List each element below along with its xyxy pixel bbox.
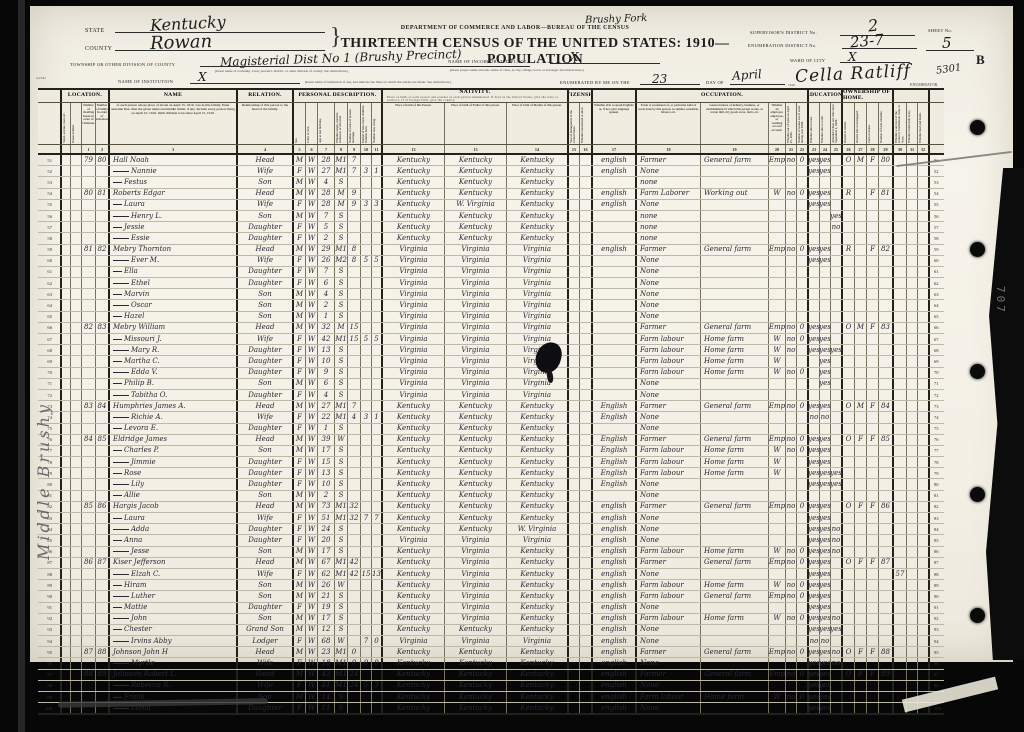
column-header-school: Attended school any time since September…: [831, 103, 843, 144]
line-number: 61: [930, 267, 944, 277]
cell-farm-schedule: [879, 625, 894, 635]
cell-birthplace: Kentucky: [383, 524, 445, 534]
cell-children-living: 1: [372, 166, 383, 176]
column-number: 2: [96, 145, 110, 153]
column-number: 21: [786, 145, 797, 153]
cell-dwelling-number: [82, 300, 96, 310]
continuation-dash: [113, 238, 129, 239]
cell-street: [60, 155, 71, 165]
cell-house-number: [71, 614, 82, 624]
cell-out-of-work: no: [786, 670, 797, 680]
cell-children-born: [361, 491, 372, 501]
column-number: 18: [637, 145, 701, 153]
cell-industry: General farm: [701, 245, 769, 255]
cell-age: 12: [318, 625, 335, 635]
cell-school: [831, 390, 843, 400]
cell-farm-or-house: F: [867, 401, 879, 411]
cell-occupation: none: [637, 222, 701, 232]
cell-occupation: Farmer: [637, 670, 701, 680]
cell-children-born: [361, 368, 372, 378]
line-number: 63: [930, 289, 944, 299]
cell-birthplace: Kentucky: [383, 681, 445, 691]
continuation-dash: [113, 417, 129, 418]
cell-farm-or-house: F: [867, 558, 879, 568]
cell-dwelling-number: [82, 312, 96, 322]
cell-birthplace: Kentucky: [383, 479, 445, 489]
cell-age: 13: [318, 345, 335, 355]
cell-sex: F: [294, 569, 306, 579]
continuation-dash: [113, 540, 122, 541]
cell-sex: M: [294, 189, 306, 199]
cell-employer-class: W: [769, 614, 786, 624]
cell-birthplace: Kentucky: [383, 233, 445, 243]
cell-farm-schedule: 86: [879, 502, 894, 512]
cell-out-of-work: [786, 636, 797, 646]
cell-deaf: [918, 670, 930, 680]
cell-weeks-out: [797, 289, 809, 299]
cell-dwelling-number: [82, 211, 96, 221]
cell-birthplace: Kentucky: [383, 580, 445, 590]
cell-years-married: [348, 636, 361, 646]
cell-sex: F: [294, 479, 306, 489]
continuation-dash: [113, 574, 129, 575]
cell-years-married: [348, 524, 361, 534]
cell-veteran: [894, 658, 907, 668]
cell-home-mortgage: [855, 278, 867, 288]
cell-occupation: None: [637, 524, 701, 534]
line-number: 91: [38, 603, 60, 613]
cell-house-number: [71, 435, 82, 445]
table-row: 958788Johnson John HHeadMW23M10KentuckyK…: [38, 647, 944, 658]
cell-speaks-english: English: [593, 479, 637, 489]
cell-out-of-work: [786, 211, 797, 221]
cell-marital-status: S: [335, 603, 348, 613]
cell-speaks-english: [593, 267, 637, 277]
enumerated-day: 23: [652, 72, 667, 86]
cell-home-mortgage: F: [855, 670, 867, 680]
line-number: 53: [930, 177, 944, 187]
cell-farm-schedule: [879, 200, 894, 210]
cell-deaf: [918, 211, 930, 221]
table-row: 768485Eldridge JamesHeadMW39WKentuckyKen…: [38, 435, 944, 446]
cell-family-number: [96, 614, 110, 624]
cell-birthplace: Virginia: [383, 390, 445, 400]
cell-mother-birthplace: Kentucky: [507, 670, 569, 680]
cell-veteran: [894, 636, 907, 646]
cell-out-of-work: no: [786, 189, 797, 199]
cell-family-number: 80: [96, 155, 110, 165]
brace-mark: }: [330, 24, 342, 51]
cell-street: [60, 524, 71, 534]
cell-sex: F: [294, 278, 306, 288]
cell-father-birthplace: Virginia: [445, 379, 507, 389]
cell-home-mortgage: [855, 166, 867, 176]
column-header-occupation: Trade or profession of, or particular ki…: [637, 103, 701, 144]
cell-children-born: [361, 189, 372, 199]
cell-employer-class: [769, 603, 786, 613]
column-number: 23: [809, 145, 820, 153]
cell-home-owned: [843, 603, 855, 613]
cell-deaf: [918, 636, 930, 646]
cell-children-living: 0: [372, 658, 383, 668]
cell-birthplace: Virginia: [383, 245, 445, 255]
cell-employer-class: [769, 177, 786, 187]
cell-writes: yes: [820, 189, 831, 199]
continuation-dash: [113, 305, 129, 306]
cell-color: W: [306, 681, 318, 691]
cell-name: Ella: [110, 267, 238, 277]
cell-speaks-english: [593, 390, 637, 400]
column-header-deaf: Whether deaf and dumb.: [918, 103, 930, 144]
cell-years-married: [348, 177, 361, 187]
cell-blind: [907, 256, 918, 266]
cell-children-living: [372, 177, 383, 187]
cell-occupation: Farm Laborer: [637, 189, 701, 199]
cell-birthplace: Virginia: [383, 345, 445, 355]
cell-blind: [907, 614, 918, 624]
cell-writes: yes: [820, 155, 831, 165]
cell-reads: [809, 278, 820, 288]
cell-school: [831, 256, 843, 266]
cell-out-of-work: no: [786, 647, 797, 657]
cell-sex: F: [294, 703, 306, 713]
cell-employer-class: [769, 412, 786, 422]
line-number: 81: [930, 491, 944, 501]
column-header-father-birthplace: Place of birth of Father of this person.: [445, 103, 507, 144]
cell-immigration-year: [569, 189, 580, 199]
cell-veteran: [894, 625, 907, 635]
cell-veteran: [894, 446, 907, 456]
cell-farm-or-house: [867, 177, 879, 187]
cell-street: [60, 491, 71, 501]
line-number: 90: [930, 591, 944, 601]
cell-street: [60, 267, 71, 277]
cell-out-of-work: no: [786, 547, 797, 557]
cell-marital-status: S: [335, 547, 348, 557]
line-number: 86: [930, 547, 944, 557]
cell-out-of-work: [786, 412, 797, 422]
cell-children-living: [372, 670, 383, 680]
cell-school: [831, 155, 843, 165]
line-number: 85: [930, 535, 944, 545]
cell-relation: Son: [238, 446, 294, 456]
cell-employer-class: [769, 681, 786, 691]
column-number: 13: [445, 145, 507, 153]
cell-veteran: [894, 334, 907, 344]
cell-color: W: [306, 368, 318, 378]
cell-school: no: [831, 535, 843, 545]
cell-children-living: [372, 580, 383, 590]
cell-farm-or-house: [867, 312, 879, 322]
cell-writes: [820, 289, 831, 299]
cell-father-birthplace: W. Virginia: [445, 200, 507, 210]
cell-farm-or-house: [867, 289, 879, 299]
cell-writes: yes: [820, 245, 831, 255]
cell-house-number: [71, 502, 82, 512]
cell-children-living: [372, 300, 383, 310]
cell-family-number: 89: [96, 670, 110, 680]
cell-naturalized: [580, 323, 593, 333]
column-header-veteran: Whether a survivor of the Union or Confe…: [894, 103, 907, 144]
cell-speaks-english: [593, 278, 637, 288]
cell-color: W: [306, 692, 318, 702]
cell-mother-birthplace: Kentucky: [507, 189, 569, 199]
line-number: 94: [930, 636, 944, 646]
cell-farm-or-house: [867, 468, 879, 478]
cell-deaf: [918, 524, 930, 534]
cell-relation: Head: [238, 323, 294, 333]
cell-marital-status: S: [335, 368, 348, 378]
cell-birthplace: Kentucky: [383, 446, 445, 456]
enumerated-day-line: [640, 84, 700, 85]
cell-marital-status: M1: [335, 155, 348, 165]
cell-father-birthplace: Kentucky: [445, 502, 507, 512]
cell-family-number: [96, 166, 110, 176]
cell-house-number: [71, 155, 82, 165]
cell-veteran: [894, 289, 907, 299]
cell-color: W: [306, 222, 318, 232]
cell-speaks-english: english: [593, 603, 637, 613]
cell-marital-status: S: [335, 390, 348, 400]
cell-color: W: [306, 670, 318, 680]
cell-name: Missouri J.: [110, 334, 238, 344]
cell-occupation: none: [637, 233, 701, 243]
cell-age: 7: [318, 211, 335, 221]
cell-occupation: Farmer: [637, 155, 701, 165]
cell-employer-class: [769, 233, 786, 243]
cell-father-birthplace: Kentucky: [445, 412, 507, 422]
cell-naturalized: [580, 614, 593, 624]
cell-sex: F: [294, 368, 306, 378]
cell-family-number: [96, 424, 110, 434]
cell-blind: [907, 211, 918, 221]
cell-industry: Home farm: [701, 547, 769, 557]
cell-home-mortgage: [855, 424, 867, 434]
cell-sex: M: [294, 155, 306, 165]
cell-color: W: [306, 189, 318, 199]
cell-reads: [809, 491, 820, 501]
cell-children-born: [361, 603, 372, 613]
cell-immigration-year: [569, 457, 580, 467]
cell-weeks-out: [797, 177, 809, 187]
sheet-value: 5: [942, 34, 952, 52]
cell-naturalized: [580, 424, 593, 434]
cell-school: [831, 502, 843, 512]
cell-years-married: [348, 390, 361, 400]
cell-out-of-work: [786, 379, 797, 389]
cell-dwelling-number: [82, 457, 96, 467]
cell-home-mortgage: [855, 569, 867, 579]
cell-children-born: [361, 558, 372, 568]
cell-family-number: 85: [96, 435, 110, 445]
cell-children-living: [372, 278, 383, 288]
cell-school: [831, 692, 843, 702]
cell-house-number: [71, 547, 82, 557]
cell-home-mortgage: F: [855, 647, 867, 657]
cell-relation: Head: [238, 435, 294, 445]
cell-occupation: Farm labour: [637, 580, 701, 590]
cell-children-living: 0: [372, 636, 383, 646]
cell-reads: [809, 222, 820, 232]
cell-children-living: [372, 390, 383, 400]
cell-father-birthplace: Virginia: [445, 368, 507, 378]
cell-sex: M: [294, 211, 306, 221]
cell-out-of-work: [786, 491, 797, 501]
cell-writes: yes: [820, 513, 831, 523]
cell-out-of-work: [786, 267, 797, 277]
cell-years-married: [348, 547, 361, 557]
cell-dwelling-number: 84: [82, 435, 96, 445]
cell-children-living: [372, 435, 383, 445]
cell-school: [831, 446, 843, 456]
cell-occupation: None: [637, 390, 701, 400]
cell-street: [60, 312, 71, 322]
cell-name: Elzah C.: [110, 569, 238, 579]
cell-birthplace: Kentucky: [383, 647, 445, 657]
cell-veteran: [894, 558, 907, 568]
cell-deaf: [918, 535, 930, 545]
cell-home-owned: [843, 256, 855, 266]
cell-father-birthplace: Kentucky: [445, 446, 507, 456]
cell-street: [60, 457, 71, 467]
cell-dwelling-number: [82, 513, 96, 523]
year-label: 1910: [788, 83, 795, 87]
cell-mother-birthplace: Virginia: [507, 535, 569, 545]
cell-name: Hiram: [110, 580, 238, 590]
cell-home-owned: O: [843, 647, 855, 657]
cell-marital-status: S: [335, 379, 348, 389]
cell-immigration-year: [569, 222, 580, 232]
cell-birthplace: Virginia: [383, 278, 445, 288]
cell-family-number: [96, 625, 110, 635]
cell-farm-or-house: [867, 524, 879, 534]
cell-relation: Wife: [238, 569, 294, 579]
cell-deaf: [918, 446, 930, 456]
continuation-dash: [113, 607, 122, 608]
cell-home-mortgage: [855, 535, 867, 545]
cell-veteran: [894, 245, 907, 255]
cell-children-born: [361, 278, 372, 288]
cell-house-number: [71, 591, 82, 601]
cell-sex: F: [294, 166, 306, 176]
cell-farm-or-house: [867, 267, 879, 277]
cell-birthplace: Virginia: [383, 334, 445, 344]
cell-weeks-out: [797, 300, 809, 310]
cell-dwelling-number: [82, 569, 96, 579]
cell-color: W: [306, 625, 318, 635]
cell-relation: Daughter: [238, 524, 294, 534]
table-row: 668283Mebry WilliamHeadMW32M15VirginiaVi…: [38, 323, 944, 334]
cell-marital-status: M1: [335, 558, 348, 568]
cell-children-born: [361, 457, 372, 467]
cell-home-owned: [843, 300, 855, 310]
cell-dwelling-number: 86: [82, 558, 96, 568]
column-group-header: LOCATION.: [60, 90, 110, 102]
cell-children-living: [372, 222, 383, 232]
cell-years-married: 4: [348, 412, 361, 422]
table-row: 738384Humphries James A.HeadMW27M17Kentu…: [38, 401, 944, 412]
cell-color: W: [306, 479, 318, 489]
column-header-name: of each person whose place of abode on A…: [110, 103, 238, 144]
cell-farm-or-house: F: [867, 155, 879, 165]
cell-reads: [809, 390, 820, 400]
cell-speaks-english: english: [593, 658, 637, 668]
cell-out-of-work: no: [786, 368, 797, 378]
cell-name: Mary R.: [110, 345, 238, 355]
cell-industry: General farm: [701, 591, 769, 601]
cell-marital-status: M1: [335, 569, 348, 579]
cell-house-number: [71, 535, 82, 545]
cell-naturalized: [580, 256, 593, 266]
continuation-dash: [113, 450, 122, 451]
cell-farm-schedule: [879, 222, 894, 232]
cell-occupation: None: [637, 200, 701, 210]
table-row: 548081Roberts EdgarHeadMW28M9KentuckyKen…: [38, 189, 944, 200]
cell-employer-class: [769, 267, 786, 277]
cell-sex: M: [294, 558, 306, 568]
cell-father-birthplace: Kentucky: [445, 233, 507, 243]
cell-farm-schedule: [879, 703, 894, 713]
cell-children-living: [372, 424, 383, 434]
cell-industry: General farm: [701, 558, 769, 568]
cell-dwelling-number: 83: [82, 401, 96, 411]
cell-children-living: 7: [372, 513, 383, 523]
continuation-dash: [113, 204, 122, 205]
cell-age: 11: [318, 703, 335, 713]
cell-home-owned: [843, 535, 855, 545]
cell-mother-birthplace: Virginia: [507, 267, 569, 277]
cell-dwelling-number: [82, 479, 96, 489]
cell-industry: [701, 424, 769, 434]
cell-employer-class: [769, 200, 786, 210]
cell-writes: [820, 177, 831, 187]
cell-mother-birthplace: Kentucky: [507, 558, 569, 568]
cell-out-of-work: [786, 390, 797, 400]
cell-weeks-out: 0: [797, 368, 809, 378]
table-row: 91MattieDaughterFW19SKentuckyVirginiaKen…: [38, 603, 944, 614]
column-number: 32: [918, 145, 930, 153]
cell-children-living: [372, 401, 383, 411]
cell-relation: Head: [238, 245, 294, 255]
cell-children-living: [372, 189, 383, 199]
column-number: 9: [348, 145, 361, 153]
cell-school: [831, 435, 843, 445]
cell-deaf: [918, 323, 930, 333]
cell-marital-status: S: [335, 278, 348, 288]
cell-farm-schedule: [879, 334, 894, 344]
column-header-employer-class: Whether an employer, employee, or workin…: [769, 103, 786, 144]
cell-home-mortgage: M: [855, 401, 867, 411]
column-number: 5: [294, 145, 306, 153]
cell-mother-birthplace: Kentucky: [507, 580, 569, 590]
cell-naturalized: [580, 233, 593, 243]
cell-street: [60, 278, 71, 288]
cell-years-married: 0: [348, 647, 361, 657]
cell-birthplace: Kentucky: [383, 189, 445, 199]
cell-reads: [809, 233, 820, 243]
cell-industry: General farm: [701, 647, 769, 657]
cell-naturalized: [580, 401, 593, 411]
cell-relation: Son: [238, 312, 294, 322]
cell-out-of-work: no: [786, 155, 797, 165]
cell-children-born: [361, 468, 372, 478]
cell-occupation: Farm labour: [637, 547, 701, 557]
table-row: 61EllaDaughterFW7SVirginiaVirginiaVirgin…: [38, 267, 944, 278]
cell-house-number: [71, 300, 82, 310]
column-number: 27: [855, 145, 867, 153]
cell-children-living: [372, 535, 383, 545]
cell-house-number: [71, 289, 82, 299]
